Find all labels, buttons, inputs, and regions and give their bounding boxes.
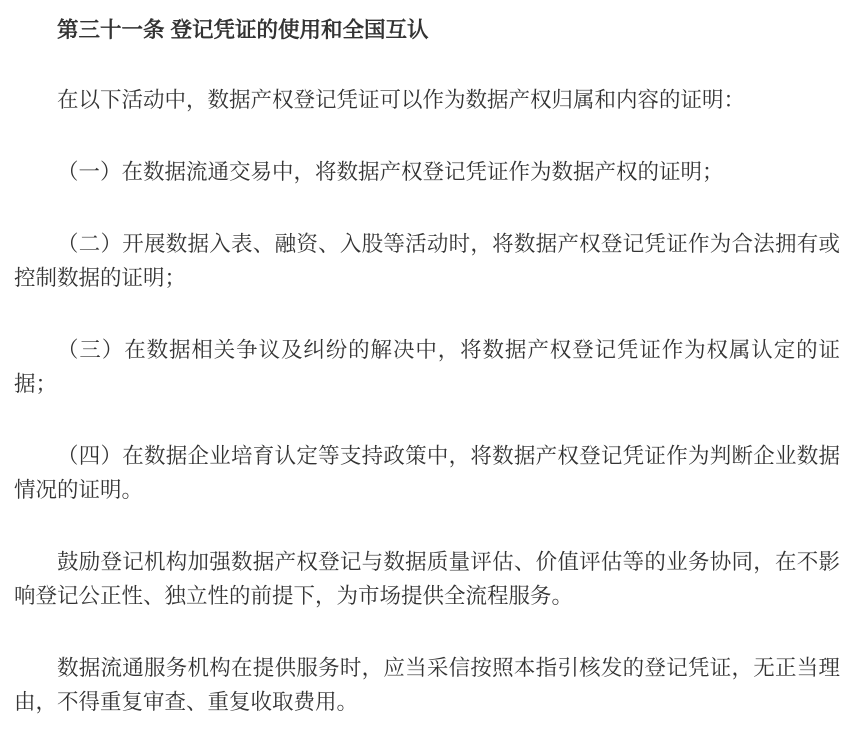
para-item-3: （三）在数据相关争议及纠纷的解决中，将数据产权登记凭证作为权属认定的证据；: [14, 333, 840, 401]
para-intro: 在以下活动中，数据产权登记凭证可以作为数据产权归属和内容的证明：: [14, 83, 840, 117]
article-heading: 第三十一条 登记凭证的使用和全国互认: [14, 13, 840, 47]
para-item-2: （二）开展数据入表、融资、入股等活动时，将数据产权登记凭证作为合法拥有或控制数据…: [14, 227, 840, 295]
para-item-4: （四）在数据企业培育认定等支持政策中，将数据产权登记凭证作为判断企业数据情况的证…: [14, 439, 840, 507]
para-service-institutions: 数据流通服务机构在提供服务时，应当采信按照本指引核发的登记凭证，无正当理由，不得…: [14, 651, 840, 719]
document-page: 第三十一条 登记凭证的使用和全国互认 在以下活动中，数据产权登记凭证可以作为数据…: [0, 0, 854, 739]
para-business-collaboration: 鼓励登记机构加强数据产权登记与数据质量评估、价值评估等的业务协同，在不影响登记公…: [14, 545, 840, 613]
para-item-1: （一）在数据流通交易中，将数据产权登记凭证作为数据产权的证明；: [14, 155, 840, 189]
